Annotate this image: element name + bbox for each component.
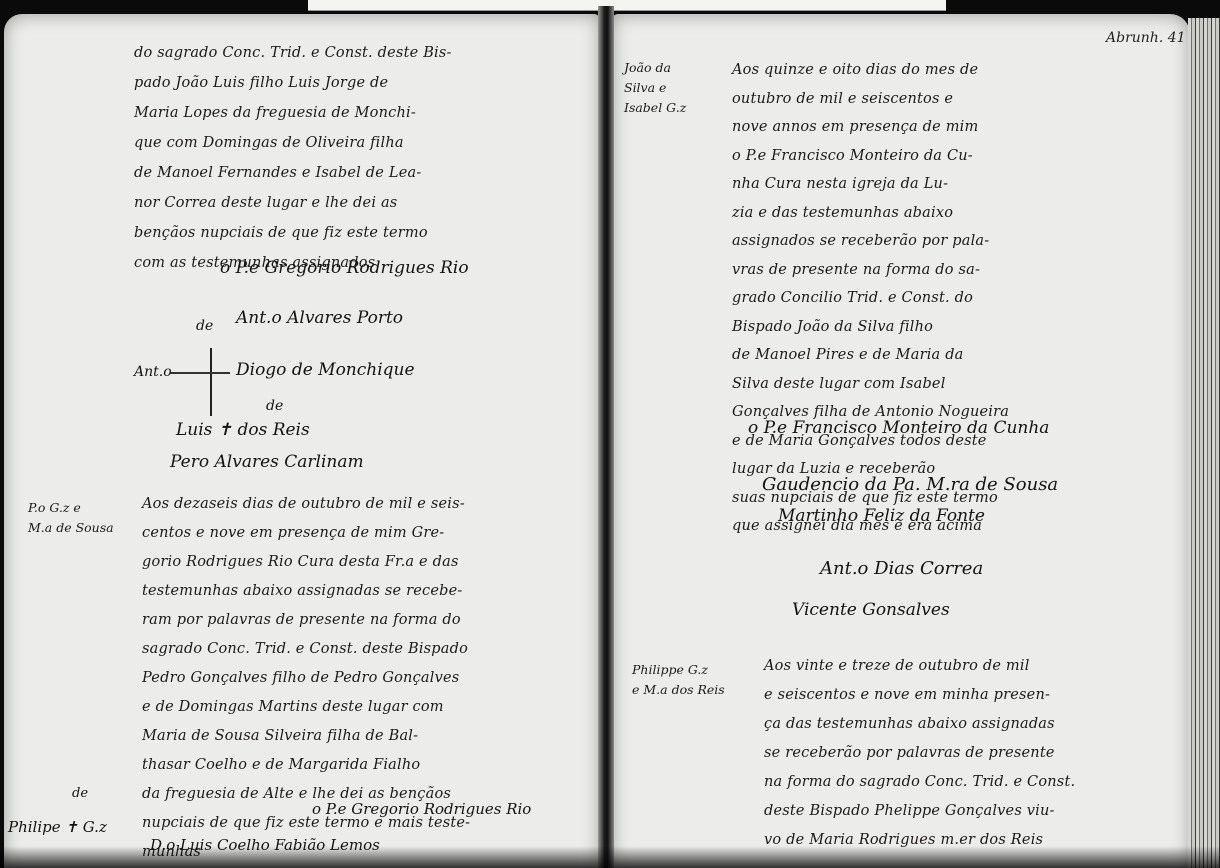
margin-line: Isabel G.z bbox=[624, 98, 686, 118]
text-line: de Manoel Pires e de Maria da bbox=[732, 341, 1009, 370]
text-line: centos e nove em presença de mim Gre- bbox=[142, 519, 470, 548]
margin-line: Silva e bbox=[624, 78, 686, 98]
book-spine bbox=[598, 6, 614, 868]
witness-prefix: de bbox=[266, 398, 283, 414]
text-line: Silva deste lugar com Isabel bbox=[732, 370, 1009, 399]
witness-signature: Ant.o Alvares Porto bbox=[236, 308, 403, 328]
text-line: Aos dezaseis dias de outubro de mil e se… bbox=[142, 490, 470, 519]
text-line: se receberão por palavras de presente bbox=[764, 739, 1075, 768]
film-label-strip bbox=[308, 0, 946, 11]
text-line: grado Concilio Trid. e Const. do bbox=[732, 284, 1009, 313]
priest-signature: o P.e Gregorio Rodrigues Rio bbox=[312, 800, 531, 818]
text-line: zia e das testemunhas abaixo bbox=[732, 199, 1009, 228]
witness-prefix: de bbox=[196, 318, 213, 334]
witness-signature: Philipe ✝ G.z bbox=[8, 818, 107, 836]
text-line: Maria Lopes da freguesia de Monchi- bbox=[134, 98, 452, 128]
text-line: nor Correa deste lugar e lhe dei as bbox=[134, 188, 452, 218]
text-line: do sagrado Conc. Trid. e Const. deste Bi… bbox=[134, 38, 452, 68]
text-line: outubro de mil e seiscentos e bbox=[732, 85, 1009, 114]
text-line: assignados se receberão por pala- bbox=[732, 227, 1009, 256]
text-line: o P.e Francisco Monteiro da Cu- bbox=[732, 142, 1009, 171]
right-entry1-margin-note: João da Silva e Isabel G.z bbox=[624, 58, 686, 118]
priest-signature: o P.e Gregorio Rodrigues Rio bbox=[220, 258, 469, 278]
page-edges bbox=[1188, 18, 1220, 868]
text-line: ram por palavras de presente na forma do bbox=[142, 606, 470, 635]
text-line: Aos vinte e treze de outubro de mil bbox=[764, 652, 1075, 681]
witness-prefix: Ant.o bbox=[134, 364, 172, 380]
witness-signature: Diogo de Monchique bbox=[236, 360, 415, 380]
text-line: testemunhas abaixo assignadas se recebe- bbox=[142, 577, 470, 606]
text-line: pado João Luis filho Luis Jorge de bbox=[134, 68, 452, 98]
text-line: Bispado João da Silva filho bbox=[732, 313, 1009, 342]
scan-shadow bbox=[0, 846, 1220, 868]
priest-signature: o P.e Francisco Monteiro da Cunha bbox=[748, 418, 1049, 438]
margin-line: João da bbox=[624, 58, 686, 78]
witness-signature: Pero Alvares Carlinam bbox=[170, 452, 364, 472]
folio-number: Abrunh. 41 bbox=[1106, 30, 1186, 46]
text-line: ça das testemunhas abaixo assignadas bbox=[764, 710, 1075, 739]
witness-signature: Vicente Gonsalves bbox=[792, 600, 950, 620]
text-line: Maria de Sousa Silveira filha de Bal- bbox=[142, 722, 470, 751]
margin-line: e M.a dos Reis bbox=[632, 680, 725, 700]
text-line: sagrado Conc. Trid. e Const. deste Bispa… bbox=[142, 635, 470, 664]
text-line: nha Cura nesta igreja da Lu- bbox=[732, 170, 1009, 199]
text-line: e de Domingas Martins deste lugar com bbox=[142, 693, 470, 722]
text-line: Pedro Gonçalves filho de Pedro Gonçalves bbox=[142, 664, 470, 693]
margin-line: M.a de Sousa bbox=[28, 518, 114, 538]
text-line: e seiscentos e nove em minha presen- bbox=[764, 681, 1075, 710]
text-line: deste Bispado Phelippe Gonçalves viu- bbox=[764, 797, 1075, 826]
witness-signature: Ant.o Dias Correa bbox=[820, 558, 983, 579]
text-line: vras de presente na forma do sa- bbox=[732, 256, 1009, 285]
cross-mark bbox=[170, 372, 230, 374]
right-entry2-margin-note: Philippe G.z e M.a dos Reis bbox=[632, 660, 725, 700]
witness-signature: Luis ✝ dos Reis bbox=[176, 420, 310, 440]
margin-line: Philippe G.z bbox=[632, 660, 725, 680]
right-entry1-text: Aos quinze e oito dias do mes de outubro… bbox=[732, 56, 1009, 541]
margin-line: P.o G.z e bbox=[28, 498, 114, 518]
cross-mark bbox=[210, 348, 212, 416]
witness-signature: Gaudencio da Pa. M.ra de Sousa bbox=[762, 474, 1058, 495]
text-line: Aos quinze e oito dias do mes de bbox=[732, 56, 1009, 85]
text-line: gorio Rodrigues Rio Cura desta Fr.a e da… bbox=[142, 548, 470, 577]
text-line: que com Domingas de Oliveira filha bbox=[134, 128, 452, 158]
right-entry2-text: Aos vinte e treze de outubro de mil e se… bbox=[764, 652, 1075, 855]
text-line: nove annos em presença de mim bbox=[732, 113, 1009, 142]
text-line: bençãos nupciais de que fiz este termo bbox=[134, 218, 452, 248]
witness-signature: Martinho Feliz da Fonte bbox=[778, 506, 985, 526]
text-line: de Manoel Fernandes e Isabel de Lea- bbox=[134, 158, 452, 188]
witness-prefix: de bbox=[72, 786, 88, 801]
text-line: thasar Coelho e de Margarida Fialho bbox=[142, 751, 470, 780]
left-entry2-margin-note: P.o G.z e M.a de Sousa bbox=[28, 498, 114, 538]
left-entry1-text: do sagrado Conc. Trid. e Const. deste Bi… bbox=[134, 38, 452, 278]
text-line: na forma do sagrado Conc. Trid. e Const. bbox=[764, 768, 1075, 797]
